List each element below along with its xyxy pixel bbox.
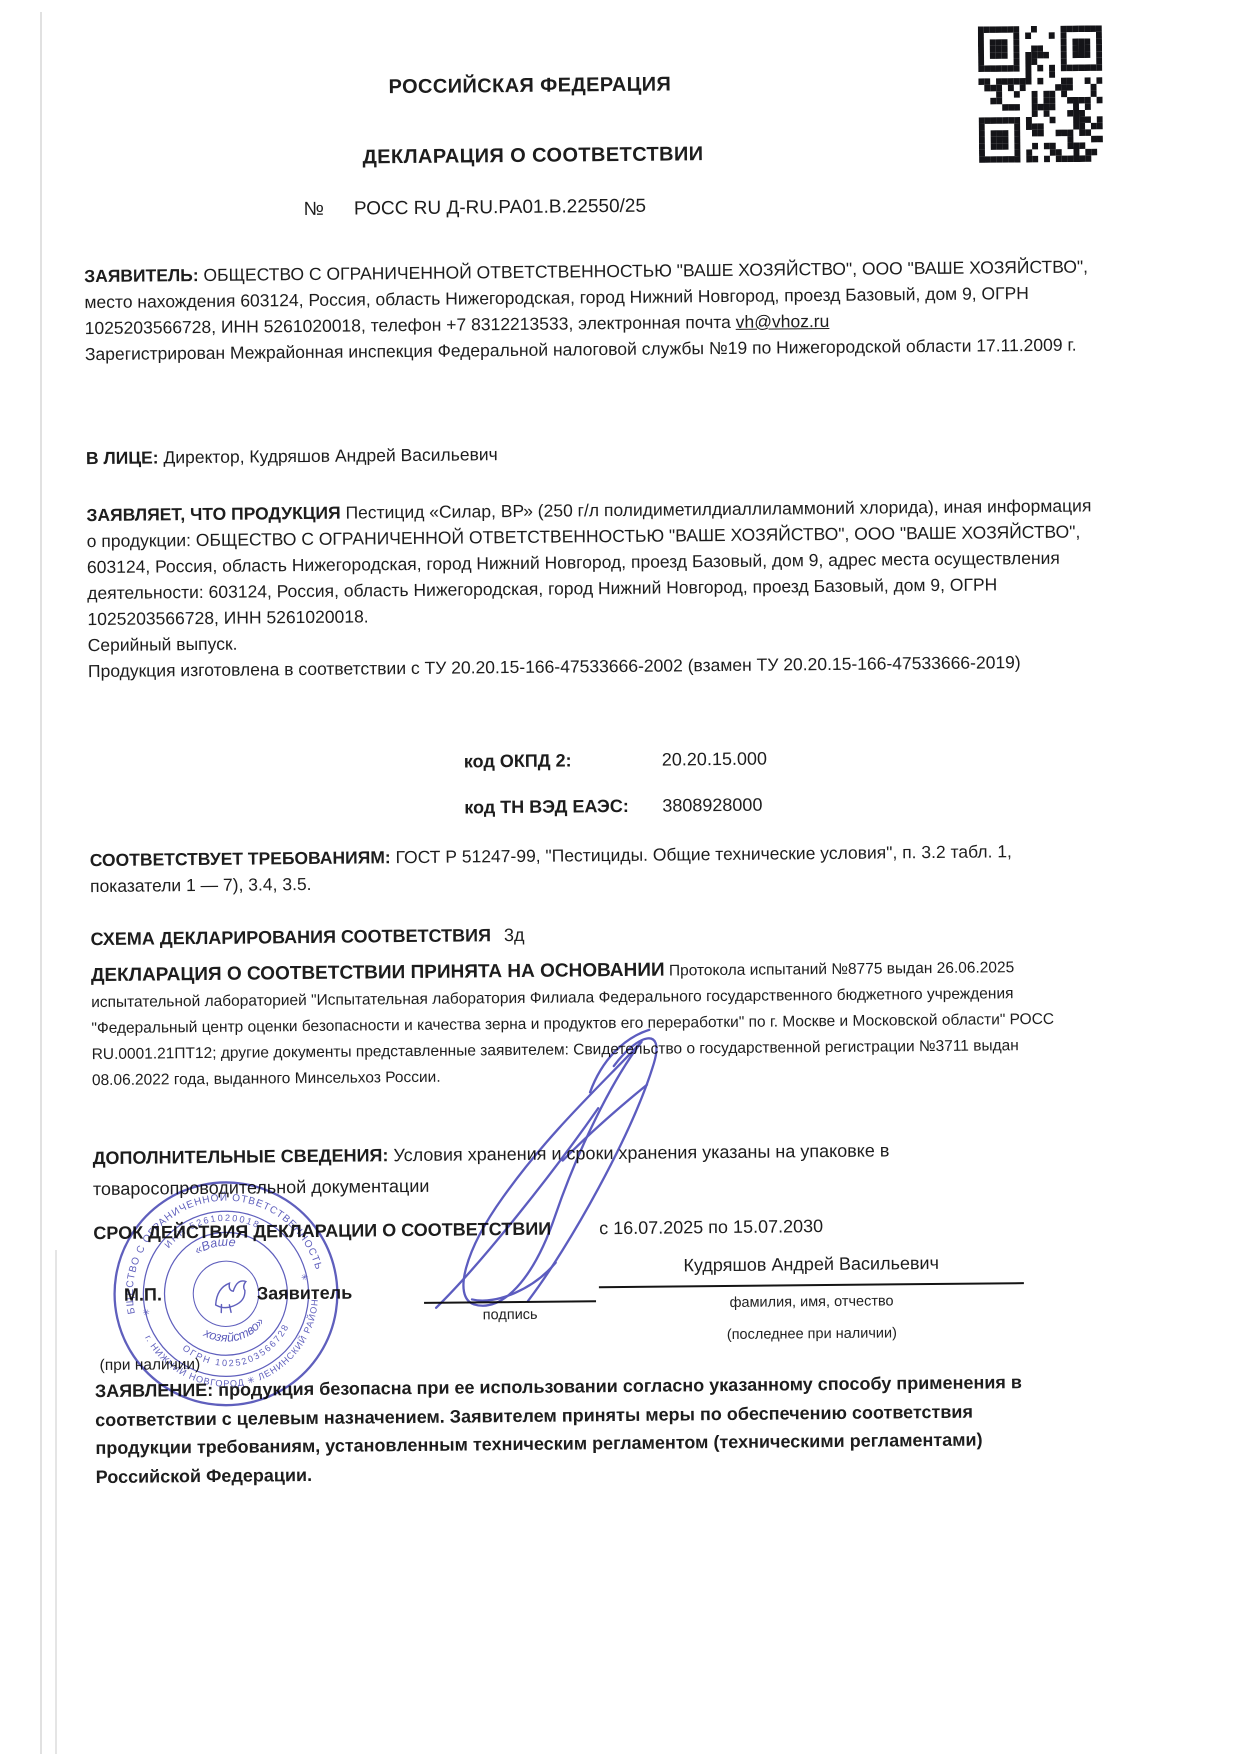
applicant-registration: Зарегистрирован Межрайонная инспекция Фе… xyxy=(85,331,1097,367)
applicant-text: ОБЩЕСТВО С ОГРАНИЧЕННОЙ ОТВЕТСТВЕННОСТЬЮ… xyxy=(84,256,1088,338)
stamp-inner-bottom-text: хозяйство» xyxy=(198,1312,269,1351)
conforms-paragraph: СООТВЕТСТВУЕТ ТРЕБОВАНИЯМ: ГОСТ Р 51247-… xyxy=(90,838,1055,899)
tnved-value: 3808928000 xyxy=(662,795,762,817)
tnved-row: код ТН ВЭД ЕАЭС: 3808928000 xyxy=(464,795,762,819)
basis-paragraph: ДЕКЛАРАЦИЯ О СООТВЕТСТВИИ ПРИНЯТА НА ОСН… xyxy=(91,954,1060,1094)
declares-label: ЗАЯВЛЯЕТ, ЧТО ПРОДУКЦИЯ xyxy=(86,503,340,525)
okpd-value: 20.20.15.000 xyxy=(662,749,767,771)
name-caption-fio: фамилия, имя, отчество xyxy=(599,1292,1024,1312)
svg-text:хозяйство»: хозяйство» xyxy=(198,1312,269,1351)
scheme-value: 3д xyxy=(504,925,525,945)
applicant-email-link[interactable]: vh@vhoz.ru xyxy=(736,311,830,332)
statement-text: продукция безопасна при ее использовании… xyxy=(95,1372,1022,1486)
doc-header-country: РОССИЙСКАЯ ФЕДЕРАЦИЯ xyxy=(0,70,1067,103)
mp-note: (при наличии) xyxy=(100,1356,201,1375)
stamp-emblem-icon xyxy=(212,1280,252,1316)
validity-value: с 16.07.2025 по 15.07.2030 xyxy=(599,1216,823,1238)
statement-paragraph: ЗАЯВЛЕНИЕ: продукция безопасна при ее ис… xyxy=(95,1368,1044,1491)
additional-paragraph: ДОПОЛНИТЕЛЬНЫЕ СВЕДЕНИЯ: Условия хранени… xyxy=(93,1133,1104,1205)
doc-header-title: ДЕКЛАРАЦИЯ О СООТВЕТСТВИИ xyxy=(0,140,1073,173)
tnved-label: код ТН ВЭД ЕАЭС: xyxy=(464,796,662,819)
name-line xyxy=(599,1252,1024,1288)
applicant-label: ЗАЯВИТЕЛЬ: xyxy=(84,265,199,286)
document-page: РОССИЙСКАЯ ФЕДЕРАЦИЯ ДЕКЛАРАЦИЯ О СООТВЕ… xyxy=(0,0,1240,1754)
in-person-paragraph: В ЛИЦЕ: Директор, Кудряшов Андрей Василь… xyxy=(86,435,1098,471)
signature-caption: подпись xyxy=(424,1306,596,1324)
additional-label: ДОПОЛНИТЕЛЬНЫЕ СВЕДЕНИЯ: xyxy=(93,1145,389,1168)
scheme-row: СХЕМА ДЕКЛАРИРОВАНИЯ СООТВЕТСТВИЯ 3д xyxy=(90,925,524,950)
statement-label: ЗАЯВЛЕНИЕ: xyxy=(95,1380,214,1401)
signature-line xyxy=(424,1270,596,1304)
declaration-number: РОСС RU Д-RU.РА01.В.22550/25 xyxy=(354,196,646,220)
declares-paragraph: ЗАЯВЛЯЕТ, ЧТО ПРОДУКЦИЯ Пестицид «Силар,… xyxy=(86,492,1104,684)
okpd-row: код ОКПД 2: 20.20.15.000 xyxy=(464,749,767,773)
in-person-text: Директор, Кудряшов Андрей Васильевич xyxy=(158,444,497,467)
basis-label: ДЕКЛАРАЦИЯ О СООТВЕТСТВИИ ПРИНЯТА НА ОСН… xyxy=(91,960,665,987)
stamp-asterisk-right: ✳ xyxy=(300,1271,310,1282)
stamp-asterisk-left: ✳ xyxy=(142,1307,152,1318)
validity-row: СРОК ДЕЙСТВИЯ ДЕКЛАРАЦИИ О СООТВЕТСТВИИс… xyxy=(93,1216,823,1244)
okpd-label: код ОКПД 2: xyxy=(464,750,662,773)
declaration-number-label: № xyxy=(303,199,324,220)
applicant-paragraph: ЗАЯВИТЕЛЬ: ОБЩЕСТВО С ОГРАНИЧЕННОЙ ОТВЕТ… xyxy=(84,253,1097,367)
applicant-signer-label: Заявитель xyxy=(257,1283,352,1305)
validity-label: СРОК ДЕЙСТВИЯ ДЕКЛАРАЦИИ О СООТВЕТСТВИИ xyxy=(93,1219,551,1243)
scheme-label: СХЕМА ДЕКЛАРИРОВАНИЯ СООТВЕТСТВИЯ xyxy=(90,925,491,949)
conforms-label: СООТВЕТСТВУЕТ ТРЕБОВАНИЯМ: xyxy=(90,847,391,870)
mp-label: М.П. xyxy=(124,1284,162,1305)
name-caption-if-any: (последнее при наличии) xyxy=(599,1324,1024,1344)
in-person-label: В ЛИЦЕ: xyxy=(86,447,159,468)
